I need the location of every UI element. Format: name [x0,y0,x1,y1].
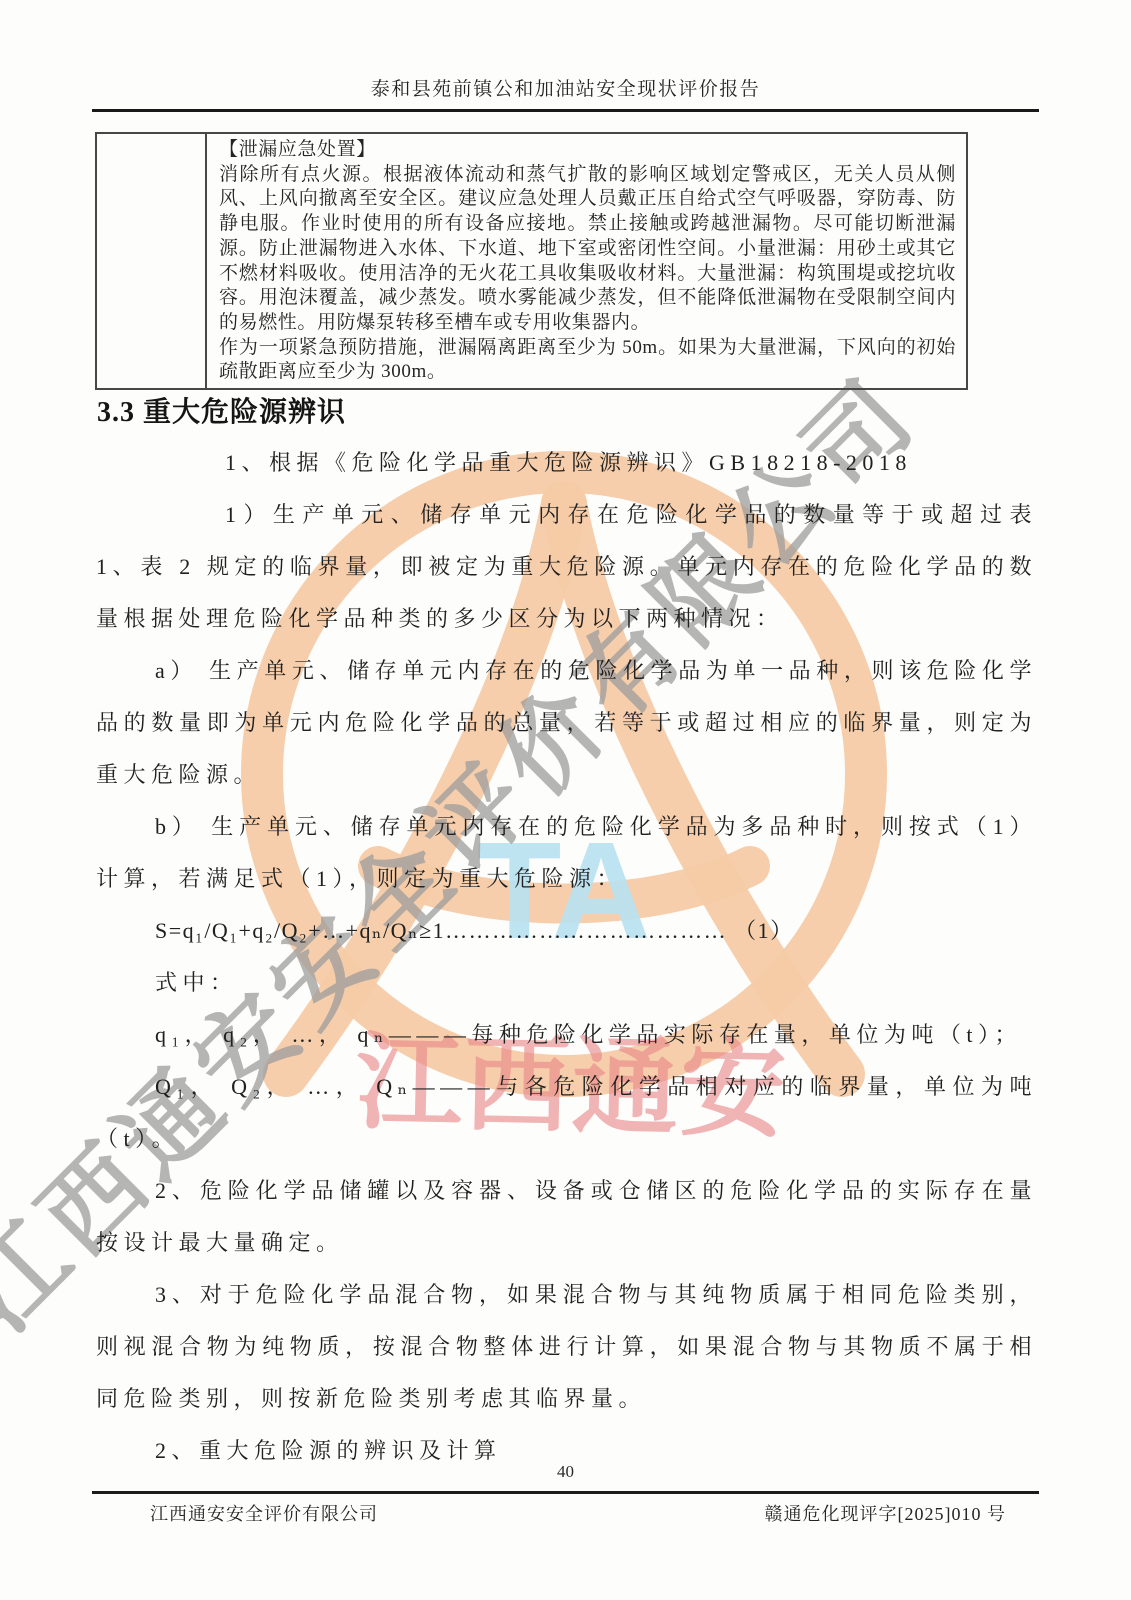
document-page: TA 江西通安 江西通安安全评价有限公司 泰和县苑前镇公和加油站安全现状评价报告… [0,0,1131,1600]
paragraph-case-b: b） 生产单元、储存单元内存在的危险化学品为多品种时，则按式（1）计算，若满足式… [96,801,1037,905]
paragraph-basis: 1、根据《危险化学品重大危险源辨识》GB18218-2018 [96,437,1037,489]
footer-rule [92,1491,1039,1494]
paragraph-rule-1: 1）生产单元、储存单元内存在危险化学品的数量等于或超过表 1、表 2 规定的临界… [96,489,1037,645]
footer-company: 江西通安安全评价有限公司 [150,1500,378,1526]
definition-Q: Q₁， Q₂， …， Qₙ———与各危险化学品相对应的临界量，单位为吨（t）。 [96,1061,1037,1165]
definition-q: q₁， q₂， …， qₙ———每种危险化学品实际存在量，单位为吨（t）； [96,1009,1037,1061]
leak-emergency-body: 消除所有点火源。根据液体流动和蒸气扩散的影响区域划定警戒区，无关人员从侧风、上风… [219,163,956,336]
report-header-title: 泰和县苑前镇公和加油站安全现状评价报告 [92,74,1039,101]
content-layer: 泰和县苑前镇公和加油站安全现状评价报告 【泄漏应急处置】 消除所有点火源。根据液… [0,0,1131,1600]
leak-emergency-note: 作为一项紧急预防措施，泄漏隔离距离至少为 50m。如果为大量泄漏，下风向的初始疏… [219,336,956,385]
paragraph-rule-2: 2、危险化学品储罐以及容器、设备或仓储区的危险化学品的实际存在量按设计最大量确定… [96,1165,1037,1269]
table-content-cell: 【泄漏应急处置】 消除所有点火源。根据液体流动和蒸气扩散的影响区域划定警戒区，无… [207,134,966,388]
leak-emergency-heading: 【泄漏应急处置】 [219,138,956,163]
paragraph-case-a: a） 生产单元、储存单元内存在的危险化学品为单一品种，则该危险化学品的数量即为单… [96,645,1037,801]
formula-line: S=q₁/Q₁+q₂/Q₂+…+qₙ/Qₙ≥1……………………………… （1） [96,905,1037,957]
paragraph-rule-3: 3、对于危险化学品混合物，如果混合物与其纯物质属于相同危险类别，则视混合物为纯物… [96,1269,1037,1425]
emergency-response-table: 【泄漏应急处置】 消除所有点火源。根据液体流动和蒸气扩散的影响区域划定警戒区，无… [95,132,968,390]
page-number: 40 [0,1462,1131,1482]
footer-doc-number: 赣通危化现评字[2025]010 号 [765,1500,1007,1526]
formula-intro: 式中： [96,957,1037,1009]
section-body: 1、根据《危险化学品重大危险源辨识》GB18218-2018 1）生产单元、储存… [96,437,1037,1477]
table-label-column [97,134,207,388]
footer-row: 江西通安安全评价有限公司 赣通危化现评字[2025]010 号 [150,1500,1006,1526]
section-heading: 3.3 重大危险源辨识 [97,390,346,430]
header-rule [92,109,1039,112]
